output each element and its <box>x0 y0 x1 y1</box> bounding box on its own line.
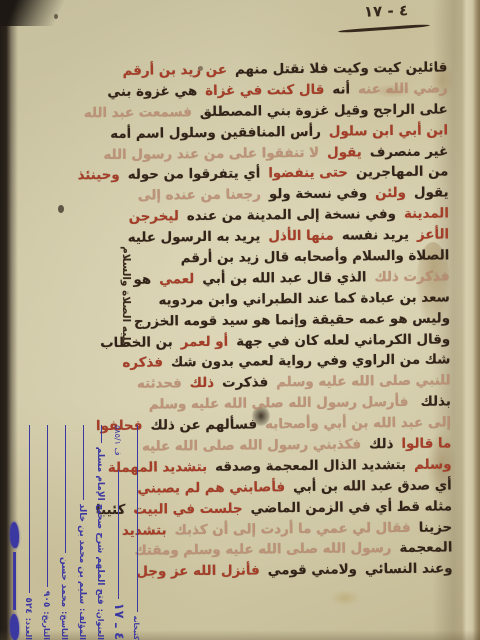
text-segment-black-ink: رأس المنافقين وسلول اسم أمه <box>110 122 321 145</box>
text-segment-red-ink: يقول <box>327 143 362 164</box>
text-segment-faded-ink: إلى عبد الله بن أبي وأصحابه <box>265 414 451 437</box>
text-segment-black-ink: الصلاة والسلام وأصحابه قال زيد بن أرقم <box>181 246 450 270</box>
manuscript-line: فذكرت ذلكالذي قال عبد الله بن أبيلعميهو <box>147 267 449 291</box>
pen-stroke <box>13 552 16 610</box>
text-segment-faded-ink: فقال لي عمي ما أردت إلى أن كذبك <box>174 518 410 541</box>
text-segment-black-ink: قائلين كيت وكيت فلا نقتل منهم <box>235 58 448 81</box>
manuscript-line: ما قالواذلكفكذبني رسول الله صلى الله علي… <box>149 434 451 458</box>
text-segment-black-ink: المعجمة <box>399 539 452 560</box>
ink-blob <box>10 614 19 640</box>
ruled-line <box>83 425 84 500</box>
catalog-row: ٤ ـ ١٧ف ٥٨٥/١ <box>109 425 127 640</box>
manuscript-line: حزينافقال لي عمي ما أردت إلى أن كذبكبتشد… <box>150 518 452 542</box>
text-segment-black-ink: على الراجح وقيل غزوة بني المصطلق <box>200 100 448 124</box>
text-segment-red-ink: المدينة <box>404 205 449 226</box>
text-segment-faded-ink: فأرسل رسول الله صلى الله عليه وسلم <box>149 393 409 417</box>
text-segment-black-ink: وفي نسخة إلى المدينة من عنده <box>187 205 396 228</box>
catalog-row: العدد:٥٢٤ <box>19 425 37 640</box>
text-segment-faded-ink: فحدثته <box>137 375 182 396</box>
text-segment-black-ink: يريد نفسه <box>342 226 409 248</box>
text-segment-black-ink: ذلك <box>369 435 394 456</box>
text-segment-red-ink: لعمي <box>159 270 194 291</box>
text-segment-black-ink: بتشديد الذال المعجمة وصدقه <box>215 456 406 479</box>
ruled-line <box>137 425 138 612</box>
ruled-line <box>118 470 119 599</box>
text-segment-red-ink: ولئن <box>375 184 406 205</box>
text-segment-black-ink: وفي نسخة ولو <box>269 185 367 207</box>
text-segment-black-ink: حزينا <box>419 518 453 539</box>
catalog-value: كتبخانه <box>127 616 145 640</box>
catalog-shelfmark: ف ٥٨٥/١ <box>108 425 126 456</box>
text-segment-faded-ink: لا تنفقوا على من عند رسول الله <box>103 143 319 166</box>
text-segment-faded-ink: رضي الله عنه <box>358 79 448 101</box>
text-segment-red-ink: ابن أبي ابن سلول <box>329 121 448 143</box>
text-segment-black-ink: أي صدق عبد الله بن أبي <box>293 476 452 499</box>
text-segment-red-ink: الأعز <box>417 226 449 247</box>
catalog-value: ٤ ـ ١٧ <box>109 603 127 640</box>
text-segment-black-ink: هي غزوة بني <box>107 82 197 104</box>
text-segment-black-ink: ولامني قومي <box>268 561 357 583</box>
text-segment-red-ink: ليخرجن <box>129 207 179 228</box>
manuscript-line: رضي الله عنهأنهقال كنت في غزاةهي غزوة بن… <box>145 79 447 103</box>
catalog-value: ٥٢٤ <box>19 597 37 613</box>
text-segment-red-ink: وسلم <box>414 455 452 476</box>
spine-shadow-corner <box>0 0 70 26</box>
text-segment-faded-ink: فذكرت ذلك <box>374 267 449 289</box>
text-segment-black-ink: غير منصرف <box>370 142 449 164</box>
text-segment-red-ink: جلست في البيت <box>133 499 243 521</box>
text-segment-red-ink: فذكره <box>122 354 163 375</box>
text-segment-black-ink: فذكرت <box>222 374 268 395</box>
library-catalog-notes: كتبخانه٤ ـ ١٧ف ٥٨٥/١العنوان:فتح الملهم ش… <box>0 425 145 640</box>
manuscript-line: وعند النسائيولامني قوميفأنزل الله عز وجل <box>151 560 453 584</box>
text-segment-black-ink: الذي قال عبد الله بن أبي <box>202 268 366 291</box>
text-segment-black-ink: فسألهم عن ذلك <box>150 416 257 438</box>
text-segment-black-ink: أي يتفرقوا من حوله <box>128 165 261 187</box>
text-segment-red-ink: أو لعمر <box>181 332 229 353</box>
text-segment-black-ink: من المهاجرين <box>356 163 449 185</box>
text-segment-black-ink: أنه <box>332 80 350 101</box>
catalog-row: الناسخ:محمد حسن <box>55 425 73 640</box>
ink-blob <box>10 522 19 548</box>
catalog-value: سليم بن محمد بن خالد <box>73 504 91 604</box>
text-segment-faded-ink: للنبي صلى الله عليه وسلم <box>276 372 451 395</box>
text-segment-red-ink: منها الأذل <box>268 227 334 249</box>
catalog-value: ٩٠٥ <box>37 591 55 607</box>
ruled-line <box>29 425 30 593</box>
catalog-row: العنوان:فتح الملهم شرح صحيح الإمام مسلم <box>91 425 109 640</box>
catalog-row: المؤلف:سليم بن محمد بن خالد <box>73 425 91 640</box>
text-segment-black-ink: وعند النسائي <box>365 560 453 582</box>
catalog-row: كتبخانه <box>127 425 145 640</box>
ruled-line <box>47 425 48 587</box>
text-segment-red-ink: قال كنت في غزاة <box>205 81 324 103</box>
text-segment-black-ink: شك من الراوي وفي رواية لعمي بدون شك <box>171 351 451 375</box>
folio-number: ٤ - ١٧ <box>336 0 437 21</box>
text-segment-faded-ink: فسمعت عبد الله <box>84 103 192 125</box>
text-segment-red-ink: ما قالوا <box>401 434 451 455</box>
manuscript-line: إلى عبد الله بن أبي وأصحابهفسألهم عن ذلك… <box>149 414 451 438</box>
catalog-label: الناسخ: <box>55 611 73 640</box>
main-text-block: قائلين كيت وكيت فلا نقتل منهمعن زيد بن أ… <box>145 58 452 583</box>
ruled-line <box>65 425 66 553</box>
catalog-row: التاريخ:٩٠٥ <box>37 425 55 640</box>
text-segment-red-ink: عن زيد بن أرقم <box>123 61 228 83</box>
text-segment-red-ink: ذلك <box>190 374 215 395</box>
text-segment-faded-ink: رسول الله صلى الله عليه وسلم ومقتك <box>134 540 391 564</box>
catalog-row <box>1 425 19 640</box>
catalog-value: فتح الملهم شرح صحيح الإمام مسلم <box>91 447 109 605</box>
ruled-line <box>101 425 102 443</box>
catalog-value: محمد حسن <box>55 557 73 607</box>
catalog-label: العنوان: <box>91 609 109 640</box>
text-segment-red-ink: فأنزل الله عز وجل <box>136 562 260 584</box>
catalog-label: المؤلف: <box>73 608 91 640</box>
text-segment-black-ink: بذلك <box>420 393 450 414</box>
catalog-label: العدد: <box>19 618 37 640</box>
text-segment-black-ink: يقول <box>414 184 449 205</box>
text-segment-red-ink: وحينئذ <box>77 166 119 187</box>
text-segment-faded-ink: رجعنا من عنده إلى <box>138 186 261 208</box>
margin-gloss-vertical: عليه الصلاة والسلام <box>113 252 139 348</box>
text-segment-black-ink: يريد به الرسول عليه <box>128 228 261 250</box>
text-segment-red-ink: حتى ينفضوا <box>268 164 348 186</box>
text-segment-black-ink: مثله قط أي في الزمن الماضي <box>251 497 453 520</box>
text-segment-black-ink: وقال الكرماني لعله كان في جهة <box>236 330 450 353</box>
manuscript-photo: ٤ - ١٧ قائلين كيت وكيت فلا نقتل منهمعن ز… <box>0 0 480 640</box>
catalog-label: التاريخ: <box>37 611 55 640</box>
text-segment-red-ink: فأصابني هم لم يصبني <box>137 478 285 500</box>
text-segment-faded-ink: فكذبني رسول الله صلى الله عليه <box>142 435 361 458</box>
